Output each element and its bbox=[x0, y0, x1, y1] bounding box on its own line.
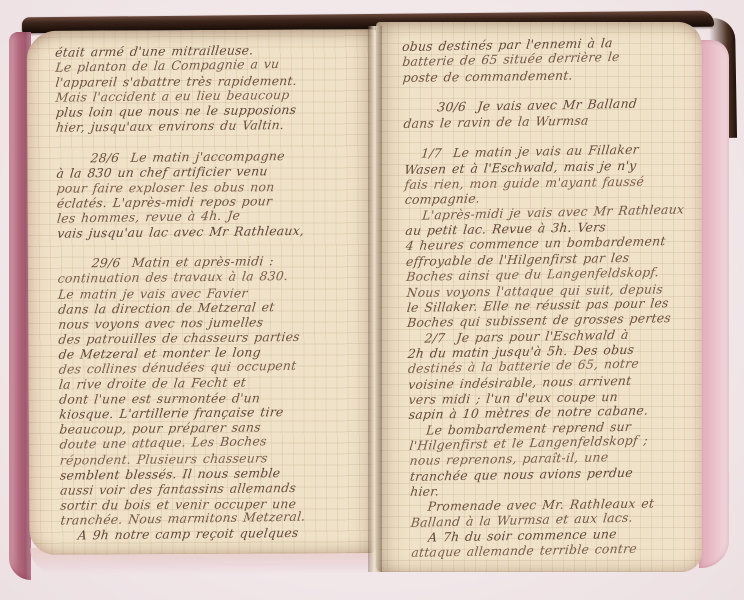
handwritten-line: A 9h notre camp reçoit quelques bbox=[60, 524, 368, 543]
handwritten-line: à la 830 un chef artificier venu bbox=[56, 162, 364, 181]
pink-page-edges-right bbox=[699, 40, 729, 568]
left-page-text: était armé d'une mitrailleuse.Le planton… bbox=[55, 41, 367, 543]
handwritten-line: aussi voir des fantassins allemands bbox=[59, 479, 367, 498]
scanned-notebook: était armé d'une mitrailleuse.Le planton… bbox=[0, 0, 744, 600]
right-page-text: obus destinés par l'ennemi à labatterie … bbox=[402, 34, 704, 561]
right-page: obus destinés par l'ennemi à labatterie … bbox=[376, 22, 702, 572]
handwritten-line: continuation des travaux à la 830. bbox=[57, 268, 365, 287]
spine-gutter bbox=[368, 26, 382, 572]
left-page: était armé d'une mitrailleuse.Le planton… bbox=[27, 29, 378, 555]
